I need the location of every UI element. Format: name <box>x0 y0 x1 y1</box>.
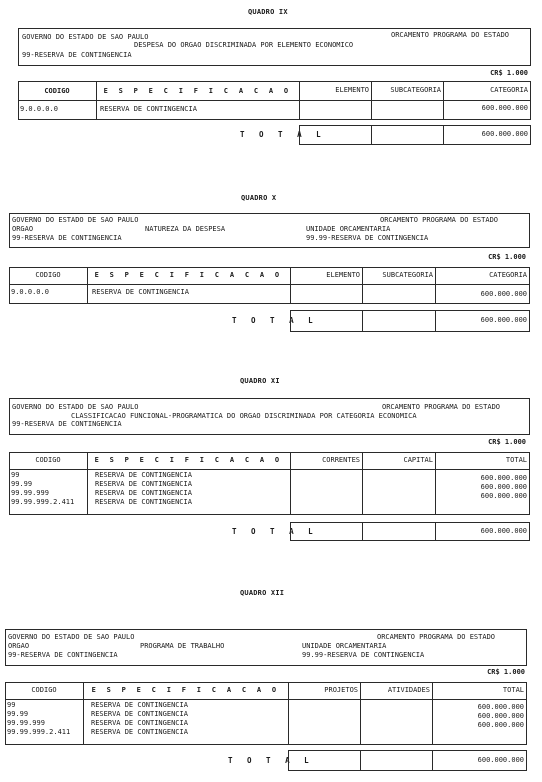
row-codigo: 9.0.0.0.0 <box>11 288 49 297</box>
report-header-box: GOVERNO DO ESTADO DE SAO PAULO ORCAMENTO… <box>9 398 530 435</box>
table-row-1-value: 600.000.000 <box>432 712 524 721</box>
currency-unit: CR$ 1.000 <box>487 668 525 676</box>
total-value: 600.000.000 <box>435 527 527 536</box>
quadro-title: QUADRO XI <box>240 377 280 385</box>
column-header-especificacao: E S P E C I F I C A C A O <box>87 271 290 279</box>
table-row-0-codigo: 99 <box>11 471 19 480</box>
header-report-name: PROGRAMA DE TRABALHO <box>140 642 224 652</box>
column-header-3: PROJETOS <box>288 686 358 694</box>
column-header-4: CAPITAL <box>362 456 433 464</box>
column-header-codigo: CODIGO <box>5 686 83 694</box>
table-row-1-especificacao: RESERVA DE CONTINGENCIA <box>91 710 188 719</box>
total-value: 600.000.000 <box>435 316 527 325</box>
header-organ: 99-RESERVA DE CONTINGENCIA <box>22 51 132 61</box>
header-organ: 99-RESERVA DE CONTINGENCIA <box>12 234 122 244</box>
table-row-1-value: 600.000.000 <box>435 483 527 492</box>
header-unit: 99.99-RESERVA DE CONTINGENCIA <box>302 651 424 661</box>
column-header-4: ATIVIDADES <box>360 686 430 694</box>
column-header-5: CATEGORIA <box>443 86 528 94</box>
report-header-box: GOVERNO DO ESTADO DE SAO PAULO ORCAMENTO… <box>9 213 530 248</box>
column-header-especificacao: E S P E C I F I C A C A O <box>87 456 290 464</box>
column-header-especificacao: E S P E C I F I C A C A O <box>96 87 299 95</box>
table-row-1-especificacao: RESERVA DE CONTINGENCIA <box>95 480 192 489</box>
header-report-name: NATUREZA DA DESPESA <box>145 225 225 235</box>
currency-unit: CR$ 1.000 <box>488 438 526 446</box>
table-row-2-codigo: 99.99.999 <box>11 489 49 498</box>
row-value: 600.000.000 <box>435 290 527 299</box>
header-organ: 99-RESERVA DE CONTINGENCIA <box>8 651 118 661</box>
total-value: 600.000.000 <box>443 130 528 139</box>
row-value: 600.000.000 <box>443 104 528 113</box>
header-program: ORCAMENTO PROGRAMA DO ESTADO <box>391 31 509 41</box>
currency-unit: CR$ 1.000 <box>490 69 528 77</box>
table-row-0-especificacao: RESERVA DE CONTINGENCIA <box>91 701 188 710</box>
table-row-3-codigo: 99.99.999.2.411 <box>7 728 70 737</box>
table-row-0-value: 600.000.000 <box>435 474 527 483</box>
column-header-4: SUBCATEGORIA <box>371 86 441 94</box>
total-value: 600.000.000 <box>432 756 524 765</box>
column-header-3: ELEMENTO <box>299 86 369 94</box>
column-header-3: CORRENTES <box>290 456 360 464</box>
table-row-2-value: 600.000.000 <box>435 492 527 501</box>
header-program: ORCAMENTO PROGRAMA DO ESTADO <box>380 216 498 226</box>
header-organ: 99-RESERVA DE CONTINGENCIA <box>12 420 122 430</box>
column-header-5: TOTAL <box>432 686 524 694</box>
currency-unit: CR$ 1.000 <box>488 253 526 261</box>
row-especificacao: RESERVA DE CONTINGENCIA <box>92 288 189 297</box>
column-header-especificacao: E S P E C I F I C A C A O <box>83 686 288 694</box>
table-row-1-codigo: 99.99 <box>11 480 32 489</box>
column-header-5: CATEGORIA <box>435 271 527 279</box>
report-header-box: GOVERNO DO ESTADO DE SAO PAULO ORCAMENTO… <box>18 28 531 66</box>
table-row-3-especificacao: RESERVA DE CONTINGENCIA <box>95 498 192 507</box>
column-header-4: SUBCATEGORIA <box>362 271 433 279</box>
quadro-title: QUADRO X <box>241 194 276 202</box>
report-header-box: GOVERNO DO ESTADO DE SAO PAULO ORCAMENTO… <box>5 629 527 666</box>
row-especificacao: RESERVA DE CONTINGENCIA <box>100 105 197 114</box>
column-header-5: TOTAL <box>435 456 527 464</box>
table-row-1-codigo: 99.99 <box>7 710 28 719</box>
header-unit: 99.99-RESERVA DE CONTINGENCIA <box>306 234 428 244</box>
table-row-2-value: 600.000.000 <box>432 721 524 730</box>
table-row-0-especificacao: RESERVA DE CONTINGENCIA <box>95 471 192 480</box>
row-codigo: 9.0.0.0.0 <box>20 105 58 114</box>
column-header-codigo: CODIGO <box>18 87 96 95</box>
header-report-name: DESPESA DO ORGAO DISCRIMINADA POR ELEMEN… <box>134 41 353 51</box>
table-row-3-especificacao: RESERVA DE CONTINGENCIA <box>91 728 188 737</box>
table-row-0-codigo: 99 <box>7 701 15 710</box>
column-header-codigo: CODIGO <box>9 456 87 464</box>
column-header-codigo: CODIGO <box>9 271 87 279</box>
table-row-2-especificacao: RESERVA DE CONTINGENCIA <box>95 489 192 498</box>
quadro-title: QUADRO XII <box>240 589 284 597</box>
table-row-2-codigo: 99.99.999 <box>7 719 45 728</box>
header-program: ORCAMENTO PROGRAMA DO ESTADO <box>377 633 495 643</box>
table-row-2-especificacao: RESERVA DE CONTINGENCIA <box>91 719 188 728</box>
header-report-name: CLASSIFICACAO FUNCIONAL-PROGRAMATICA DO … <box>71 412 417 422</box>
quadro-title: QUADRO IX <box>248 8 288 16</box>
column-header-3: ELEMENTO <box>290 271 360 279</box>
header-government: GOVERNO DO ESTADO DE SAO PAULO <box>22 33 148 43</box>
table-row-3-codigo: 99.99.999.2.411 <box>11 498 74 507</box>
table-row-0-value: 600.000.000 <box>432 703 524 712</box>
